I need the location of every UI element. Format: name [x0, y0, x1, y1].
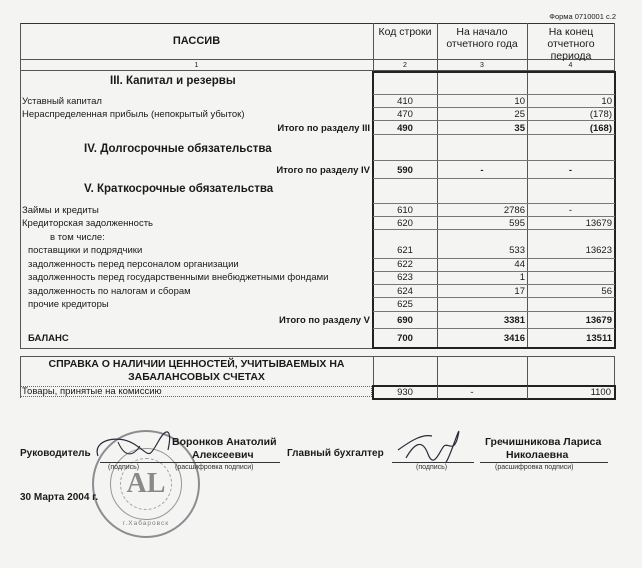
- row-start-value: 10: [437, 96, 525, 107]
- header-end-period: На конец отчетного периода: [530, 26, 612, 62]
- report-date: 30 Марта 2004 г.: [20, 492, 98, 503]
- form-number: Форма 0710001 с.2: [549, 12, 616, 21]
- row-label: БАЛАНС: [28, 333, 69, 344]
- row-start-value: 533: [437, 245, 525, 256]
- row-label: Итого по разделу III: [20, 123, 370, 134]
- head-name-line2: Алексеевич: [192, 449, 254, 461]
- col-number-4: 4: [527, 60, 614, 71]
- row-label: поставщики и подрядчики: [28, 245, 142, 256]
- accountant-signature-caption: (подпись): [416, 464, 447, 471]
- row-start-value: 3381: [437, 315, 525, 326]
- accountant-decoding-caption: (расшифровка подписи): [495, 464, 574, 471]
- head-signature-icon: [88, 430, 178, 466]
- row-end-value: 56: [527, 286, 612, 297]
- off-balance-title-1: СПРАВКА О НАЛИЧИИ ЦЕННОСТЕЙ, УЧИТЫВАЕМЫХ…: [20, 358, 373, 370]
- row-start-value: 25: [437, 109, 525, 120]
- off-balance-title-2: ЗАБАЛАНСОВЫХ СЧЕТАХ: [20, 371, 373, 383]
- header-start-year: На начало отчетного года: [437, 26, 527, 50]
- row-end-value: -: [527, 165, 614, 176]
- row-start-value: 595: [437, 218, 525, 229]
- accountant-name-line2: Николаевна: [506, 449, 568, 461]
- off-balance-row-code: 930: [373, 387, 437, 398]
- row-label: задолженность перед персоналом организац…: [28, 259, 239, 270]
- section-5-title: V. Краткосрочные обязательства: [84, 184, 273, 195]
- col-number-1: 1: [20, 60, 373, 71]
- header-passive: ПАССИВ: [20, 35, 373, 47]
- row-end-value: -: [527, 205, 614, 216]
- row-end-value: 13623: [527, 245, 612, 256]
- section-3-title: III. Капитал и резервы: [110, 76, 236, 87]
- row-start-value: 17: [437, 286, 525, 297]
- col-number-2: 2: [373, 60, 437, 71]
- head-label: Руководитель: [20, 448, 91, 459]
- row-label: Итого по разделу V: [20, 315, 370, 326]
- row-end-value: 13511: [527, 333, 612, 344]
- row-label: Уставный капитал: [22, 96, 102, 107]
- row-code: 700: [373, 333, 437, 344]
- off-balance-row-label: Товары, принятые на комиссию: [22, 386, 162, 397]
- off-balance-row-start: -: [437, 387, 507, 398]
- row-end-value: (168): [527, 123, 612, 134]
- row-end-value: 13679: [527, 218, 612, 229]
- row-label: Нераспределенная прибыль (непокрытый убы…: [22, 109, 245, 120]
- row-start-value: -: [437, 165, 527, 176]
- header-code: Код строки: [373, 26, 437, 38]
- row-label: задолженность по налогам и сборам: [28, 286, 191, 297]
- section-4-title: IV. Долгосрочные обязательства: [84, 144, 272, 155]
- off-balance-row-end: 1100: [527, 387, 611, 398]
- row-code: 623: [373, 272, 437, 283]
- accountant-name-line1: Гречишникова Лариса: [485, 436, 601, 448]
- row-start-value: 2786: [437, 205, 525, 216]
- row-end-value: 10: [527, 96, 612, 107]
- head-name-line1: Воронков Анатолий: [172, 436, 277, 448]
- row-label: в том числе:: [50, 232, 105, 243]
- row-end-value: 13679: [527, 315, 612, 326]
- accountant-signature-icon: [392, 428, 472, 464]
- row-code: 620: [373, 218, 437, 229]
- stamp-logo: AL: [94, 468, 198, 500]
- row-code: 624: [373, 286, 437, 297]
- row-start-value: 44: [437, 259, 525, 270]
- row-label: Итого по разделу IV: [20, 165, 370, 176]
- row-code: 621: [373, 245, 437, 256]
- head-signature-caption: (подпись): [108, 464, 139, 471]
- row-start-value: 35: [437, 123, 525, 134]
- row-code: 625: [373, 299, 437, 310]
- row-code: 610: [373, 205, 437, 216]
- row-label: прочие кредиторы: [28, 299, 109, 310]
- row-code: 410: [373, 96, 437, 107]
- row-code: 490: [373, 123, 437, 134]
- row-code: 470: [373, 109, 437, 120]
- row-code: 690: [373, 315, 437, 326]
- row-label: Займы и кредиты: [22, 205, 99, 216]
- row-label: задолженность перед государственными вне…: [28, 272, 328, 283]
- row-start-value: 3416: [437, 333, 525, 344]
- row-label: Кредиторская задолженность: [22, 218, 153, 229]
- stamp-city: г.Хабаровск: [94, 520, 198, 527]
- row-code: 622: [373, 259, 437, 270]
- col-number-3: 3: [437, 60, 527, 71]
- head-decoding-caption: (расшифровка подписи): [175, 464, 254, 471]
- row-end-value: (178): [527, 109, 612, 120]
- row-start-value: 1: [437, 272, 525, 283]
- row-code: 590: [373, 165, 437, 176]
- accountant-label: Главный бухгалтер: [287, 448, 384, 459]
